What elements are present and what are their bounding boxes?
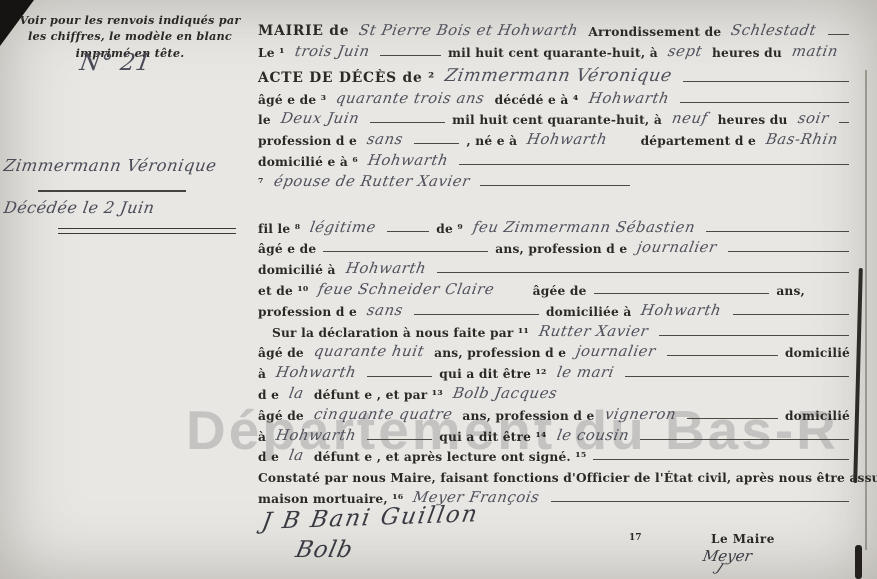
margin-deceased-name: Zimmermann Véronique xyxy=(2,156,218,175)
printed-label: mil huit cent quarante-huit, à xyxy=(452,113,662,127)
form-line: Le ¹trois Juinmil huit cent quarante-hui… xyxy=(255,39,863,60)
form-line: profession d esans, né e àHohwarthdépart… xyxy=(255,127,863,148)
blank-rule xyxy=(380,55,441,56)
blank-rule xyxy=(437,272,849,273)
printed-label: de ⁹ xyxy=(436,222,463,236)
printed-label: d e xyxy=(258,450,279,464)
printed-label: profession d e xyxy=(258,134,357,148)
blank-rule xyxy=(414,314,539,315)
printed-label: Sur la déclaration à nous faite par ¹¹ xyxy=(272,326,529,340)
printed-label: profession d e xyxy=(258,305,357,319)
handwritten-entry: Bolb Jacques xyxy=(451,385,558,402)
handwritten-entry: neuf xyxy=(670,110,709,127)
form-line: profession d esansdomiciliée àHohwarth xyxy=(255,298,863,319)
handwritten-entry: le cousin xyxy=(555,427,630,444)
handwritten-entry: Hohwarth xyxy=(344,260,427,277)
footnote-number-17: 17 xyxy=(629,533,642,543)
printed-label: à xyxy=(258,430,266,444)
handwritten-entry: Deux Juin xyxy=(279,110,360,127)
printed-label: ans, profession d e xyxy=(462,409,594,423)
form-line: domicilié àHohwarth xyxy=(255,256,863,277)
form-line: àHohwarthqui a dit être ¹²le mari xyxy=(255,360,863,381)
scan-edge-artifact xyxy=(855,545,862,579)
printed-label: d e xyxy=(258,388,279,402)
handwritten-entry: journalier xyxy=(575,343,658,360)
printed-label: qui a dit être ¹⁴ xyxy=(439,430,546,444)
handwritten-entry: quarante huit xyxy=(312,343,425,360)
printed-label: Arrondissement de xyxy=(588,25,721,39)
printed-label: ACTE DE DÉCÈS de ² xyxy=(258,70,435,86)
printed-label: mil huit cent quarante-huit, à xyxy=(448,46,658,60)
printed-label: heures du xyxy=(718,113,788,127)
blank-rule xyxy=(680,102,849,103)
printed-label: domicilié xyxy=(785,346,850,360)
printed-label: domicilié e à ⁶ xyxy=(258,155,358,169)
printed-label: défunt e , et par ¹³ xyxy=(314,388,443,402)
printed-label: âgée de xyxy=(533,284,587,298)
handwritten-entry: matin xyxy=(790,43,839,60)
form-body: MAIRIE deSt Pierre Bois et HohwarthArron… xyxy=(255,13,863,506)
handwritten-entry: sans xyxy=(365,302,404,319)
blank-rule xyxy=(687,418,778,419)
printed-label: décédé e à ⁴ xyxy=(495,93,579,107)
handwritten-entry: vigneron xyxy=(603,406,677,423)
form-line: âgé e deans, profession d ejournalier xyxy=(255,236,863,257)
margin-underline xyxy=(38,190,186,192)
form-line: âgé dequarante huitans, profession d ejo… xyxy=(255,340,863,361)
printed-label: âgé e de xyxy=(258,242,316,256)
printed-label: département d e xyxy=(641,134,756,148)
handwritten-entry: Hohwarth xyxy=(640,302,723,319)
blank-rule xyxy=(683,81,849,82)
blank-rule xyxy=(387,231,429,232)
handwritten-entry: quarante trois ans xyxy=(335,90,486,107)
blank-rule xyxy=(414,143,459,144)
handwritten-name: Zimmermann Véronique xyxy=(443,66,673,86)
blank-rule xyxy=(728,251,849,252)
printed-label: ans, xyxy=(776,284,805,298)
handwritten-entry: épouse de Rutter Xavier xyxy=(272,173,471,190)
maire-label: Le Maire xyxy=(711,532,775,546)
printed-label: ans, profession d e xyxy=(495,242,627,256)
blank-rule xyxy=(839,122,849,123)
form-line: MAIRIE deSt Pierre Bois et HohwarthArron… xyxy=(255,13,863,39)
handwritten-entry: soir xyxy=(796,110,830,127)
form-line: Constaté par nous Maire, faisant fonctio… xyxy=(255,464,863,485)
printed-label: heures du xyxy=(712,46,782,60)
printed-label: Le ¹ xyxy=(258,46,285,60)
signature-maire: Meyer xyxy=(701,547,753,565)
handwritten-entry: Hohwarth xyxy=(275,427,358,444)
handwritten-entry: Rutter Xavier xyxy=(537,323,649,340)
handwritten-entry: feu Zimmermann Sébastien xyxy=(471,219,696,236)
handwritten-entry: sept xyxy=(666,43,703,60)
handwritten-entry: journalier xyxy=(636,239,719,256)
form-line: âgé decinquante quatreans, profession d … xyxy=(255,402,863,423)
form-line: ACTE DE DÉCÈS de ²Zimmermann Véronique xyxy=(255,60,863,86)
blank-rule xyxy=(551,501,849,502)
form-line: fil le ⁸légitimede ⁹feu Zimmermann Sébas… xyxy=(255,215,863,236)
printed-label: domicilié xyxy=(785,409,850,423)
handwritten-entry: Schlestadt xyxy=(730,22,818,39)
printed-label: qui a dit être ¹² xyxy=(439,367,546,381)
form-line: Sur la déclaration à nous faite par ¹¹Ru… xyxy=(255,319,863,340)
handwritten-entry: Bas-Rhin xyxy=(764,131,839,148)
printed-label: ⁷ xyxy=(258,176,264,190)
blank-rule xyxy=(640,439,849,440)
form-line: maison mortuaire, ¹⁶Meyer François xyxy=(255,485,863,506)
handwritten-entry: le mari xyxy=(555,364,615,381)
blank-rule xyxy=(733,314,849,315)
printed-label: domiciliée à xyxy=(546,305,632,319)
margin-death-date: Décédée le 2 Juin xyxy=(2,198,156,217)
blank-rule xyxy=(828,34,849,35)
margin-double-underline xyxy=(58,228,236,234)
blank-rule xyxy=(370,122,445,123)
blank-rule xyxy=(659,335,849,336)
printed-label: et de ¹⁰ xyxy=(258,284,308,298)
printed-label: , né e à xyxy=(466,134,517,148)
blank-rule xyxy=(667,355,778,356)
handwritten-entry: trois Juin xyxy=(293,43,371,60)
handwritten-entry: la xyxy=(288,385,306,402)
handwritten-entry: cinquante quatre xyxy=(312,406,454,423)
handwritten-entry: Hohwarth xyxy=(587,90,670,107)
handwritten-entry: Hohwarth xyxy=(275,364,358,381)
signature-witness-bolb: Bolb xyxy=(293,537,355,563)
handwritten-entry: Hohwarth xyxy=(526,131,609,148)
handwritten-entry: sans xyxy=(365,131,404,148)
form-line: ⁷épouse de Rutter Xavier xyxy=(255,169,863,190)
handwritten-entry: la xyxy=(288,447,306,464)
handwritten-entry: Hohwarth xyxy=(366,152,449,169)
act-number: N° 21 xyxy=(78,50,153,76)
printed-label: âgé e de ³ xyxy=(258,93,326,107)
blank-rule xyxy=(480,185,630,186)
printed-label: âgé de xyxy=(258,409,304,423)
form-line: leDeux Juinmil huit cent quarante-huit, … xyxy=(255,107,863,128)
blank-rule xyxy=(323,251,488,252)
form-line: d eladéfunt e , et après lecture ont sig… xyxy=(255,444,863,465)
handwritten-entry: légitime xyxy=(309,219,378,236)
form-line: d eladéfunt e , et par ¹³Bolb Jacques xyxy=(255,381,863,402)
blank-rule xyxy=(367,376,432,377)
printed-label: domicilié à xyxy=(258,263,336,277)
signature-declarant: J B Bani Guillon xyxy=(260,501,481,535)
blank-rule xyxy=(593,459,849,460)
printed-label: âgé de xyxy=(258,346,304,360)
blank-rule xyxy=(459,164,849,165)
printed-label: MAIRIE de xyxy=(258,23,349,39)
blank-rule xyxy=(625,376,849,377)
blank-rule xyxy=(367,439,432,440)
death-certificate-document: Département du Bas-R Voir pour les renvo… xyxy=(0,0,877,579)
printed-label: défunt e , et après lecture ont signé. ¹… xyxy=(314,450,587,464)
form-line: domicilié e à ⁶Hohwarth xyxy=(255,148,863,169)
form-line: àHohwarthqui a dit être ¹⁴le cousin xyxy=(255,423,863,444)
printed-label: fil le ⁸ xyxy=(258,222,300,236)
handwritten-entry: St Pierre Bois et Hohwarth xyxy=(358,22,580,39)
form-line: et de ¹⁰feue Schneider Claireâgée deans, xyxy=(255,277,863,298)
form-line: âgé e de ³quarante trois ansdécédé e à ⁴… xyxy=(255,86,863,107)
blank-rule xyxy=(594,293,770,294)
printed-label: Constaté par nous Maire, faisant fonctio… xyxy=(258,471,877,485)
printed-label: à xyxy=(258,367,266,381)
printed-label: le xyxy=(258,113,271,127)
handwritten-entry: feue Schneider Claire xyxy=(317,281,496,298)
blank-rule xyxy=(706,231,849,232)
printed-label: ans, profession d e xyxy=(434,346,566,360)
